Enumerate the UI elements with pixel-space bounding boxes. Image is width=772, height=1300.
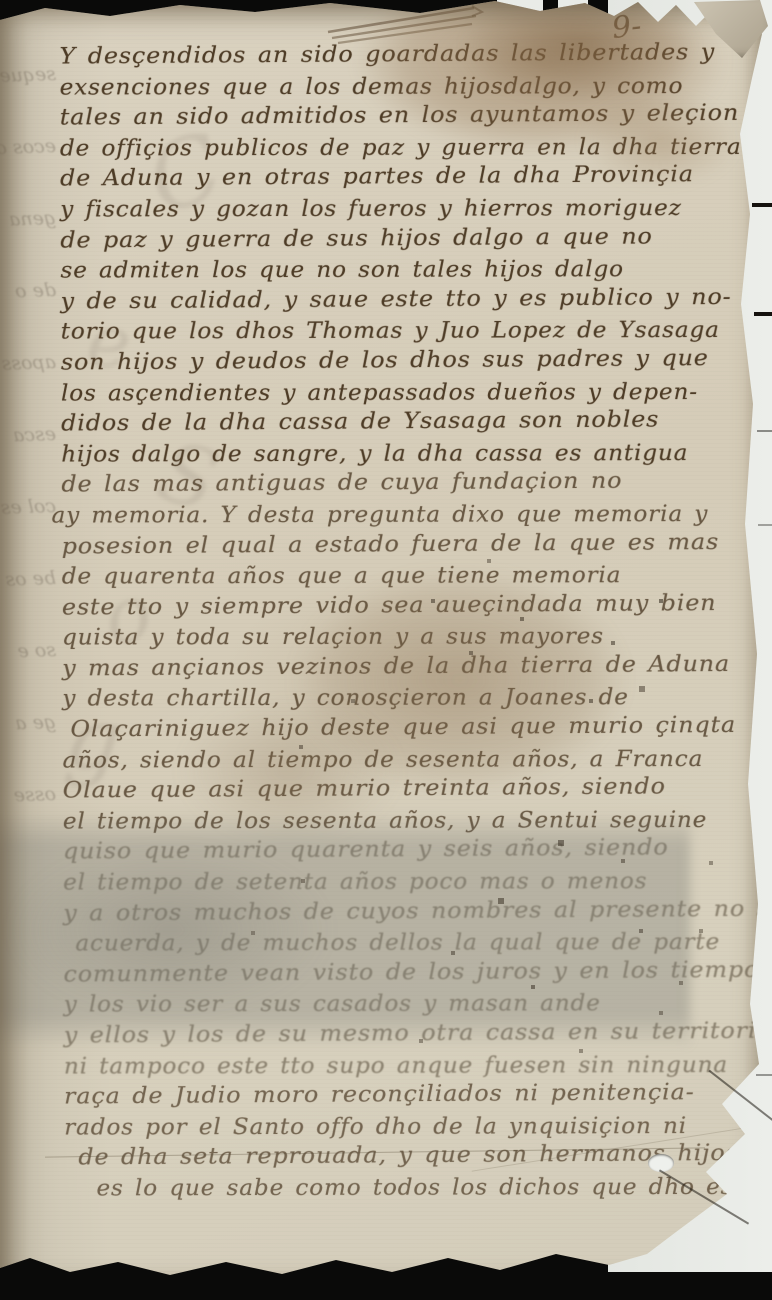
bleed-through-text: gena — [0, 207, 56, 231]
manuscript-text-block: Y desçendidos an sido goardadas las libe… — [59, 39, 754, 1205]
manuscript-line: y a otros muchos de cuyos nombres al pre… — [63, 893, 772, 929]
manuscript-line: de quarenta años que a que tiene memoria — [62, 560, 772, 592]
manuscript-line: Olaue que asi que murio treinta años, si… — [63, 771, 772, 807]
manuscript-line: posesion el qual a estado fuera de la qu… — [62, 526, 772, 562]
manuscript-line: ay memoria. Y desta pregunta dixo que me… — [52, 499, 772, 531]
manuscript-line: didos de la dha cassa de Ysasaga son nob… — [61, 404, 772, 440]
bleed-through-text: ge a — [0, 711, 56, 735]
manuscript-line: Y desçendidos an sido goardadas las libe… — [59, 37, 772, 73]
manuscript-line: el tiempo de setenta años poco mas o men… — [63, 866, 772, 898]
ink-speckles — [0, 0, 2, 2]
manuscript-line: son hijos y deudos de los dhos sus padre… — [61, 342, 772, 378]
manuscript-line: este tto y siempre vido sea aueçindada m… — [62, 587, 772, 623]
bleed-through-text: de o — [0, 279, 56, 303]
manuscript-line: Olaçariniguez hijo deste que asi que mur… — [70, 710, 772, 746]
manuscript-line: de las mas antiguas de cuya fundaçion no — [61, 465, 772, 501]
manuscript-page: CeSog sequeecos ogenade oapossescacol es… — [0, 0, 772, 1300]
manuscript-line: y de su calidad, y saue este tto y es pu… — [60, 281, 772, 317]
manuscript-line: de Aduna y en otras partes de la dha Pro… — [60, 159, 772, 195]
manuscript-line: y fiscales y gozan los fueros y hierros … — [60, 193, 771, 225]
manuscript-line: comunmente vean visto de los juros y en … — [63, 954, 772, 990]
bleed-through-text: so e — [0, 639, 56, 663]
manuscript-line: tales an sido admitidos en los ayuntamos… — [60, 98, 772, 134]
bleed-through-text: aposs — [0, 351, 56, 375]
bleed-through-text: ecos o — [0, 135, 56, 159]
backing-ruled-line — [752, 203, 772, 207]
backing-ruled-line — [758, 524, 772, 526]
bleed-through-margin-column: sequeecos ogenade oapossescacol esbe oss… — [0, 64, 56, 856]
bleed-through-text: osse — [0, 783, 56, 807]
manuscript-line: y mas ançianos vezinos de la dha tierra … — [62, 648, 772, 684]
manuscript-line: de paz y guerra de sus hijos dalgo a que… — [60, 220, 772, 256]
bleed-through-text: col es — [0, 495, 56, 519]
manuscript-line: raça de Judio moro reconçiliados ni peni… — [64, 1077, 772, 1113]
backing-ruled-line — [756, 1074, 772, 1076]
scanned-manuscript-photo: CeSog sequeecos ogenade oapossescacol es… — [0, 0, 772, 1300]
manuscript-line: quiso que murio quarenta y seis años, si… — [63, 832, 772, 868]
manuscript-line: y ellos y los de su mesmo otra cassa en … — [64, 1016, 772, 1052]
backing-ruled-line — [754, 312, 772, 316]
bleed-through-text: esca — [0, 423, 56, 447]
backing-ruled-line — [757, 430, 772, 432]
bleed-through-text: seque — [0, 63, 56, 87]
bleed-through-text: be os — [0, 567, 56, 591]
